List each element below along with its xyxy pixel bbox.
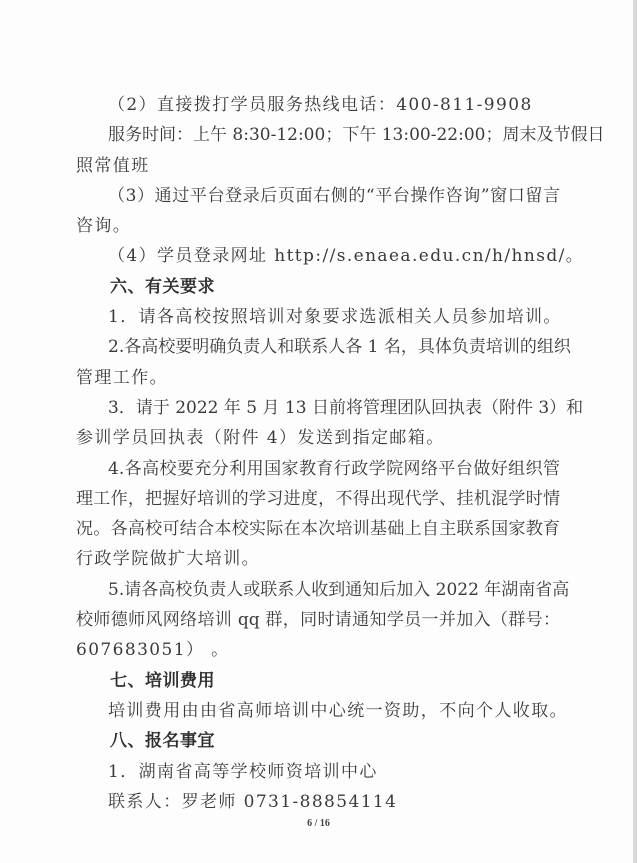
page-number: 6 / 16 (0, 818, 637, 829)
paragraph-line: 5.请各高校负责人或联系人收到通知后加入 2022 年湖南省高 (76, 575, 560, 605)
paragraph-line: 1．湖南省高等学校师资培训中心 (76, 757, 560, 787)
contact-line: 联系人：罗老师 0731-88854114 (76, 787, 560, 817)
section-heading-requirements: 六、有关要求 (76, 272, 560, 302)
paragraph-line: 管理工作。 (76, 363, 560, 393)
paragraph-line: 3．请于 2022 年 5 月 13 日前将管理团队回执表（附件 3）和 (76, 393, 560, 423)
paragraph-line: 参训学员回执表（附件 4）发送到指定邮箱。 (76, 423, 560, 453)
paragraph-line: 况。各高校可结合本校实际在本次培训基础上自主联系国家教育 (76, 514, 560, 544)
paragraph-line: 培训费用由由省高师培训中心统一资助，不向个人收取。 (76, 696, 560, 726)
paragraph-line: 服务时间：上午 8:30-12:00；下午 13:00-22:00；周末及节假日 (76, 120, 560, 150)
paragraph-line: 2.各高校要明确负责人和联系人各 1 名，具体负责培训的组织 (76, 332, 560, 362)
paragraph-line: 照常值班 (76, 151, 560, 181)
paragraph-line: 校师德师风网络培训 qq 群，同时请通知学员一并加入（群号： (76, 605, 560, 635)
paragraph-line: 行政学院做扩大培训。 (76, 544, 560, 574)
section-heading-fees: 七、培训费用 (76, 666, 560, 696)
document-body: （2）直接拨打学员服务热线电话：400-811-9908 服务时间：上午 8:3… (76, 90, 560, 817)
paragraph-line: 咨询。 (76, 211, 560, 241)
paragraph-line: 理工作，把握好培训的学习进度，不得出现代学、挂机混学时情 (76, 484, 560, 514)
paragraph-line: 607683051） 。 (76, 635, 560, 665)
paragraph-line: （2）直接拨打学员服务热线电话：400-811-9908 (76, 90, 560, 120)
paragraph-line: 4.各高校要充分利用国家教育行政学院网络平台做好组织管 (76, 454, 560, 484)
paragraph-line: 1．请各高校按照培训对象要求选派相关人员参加培训。 (76, 302, 560, 332)
section-heading-registration: 八、报名事宜 (76, 726, 560, 756)
page-edge-divider (633, 0, 637, 863)
paragraph-line: （3）通过平台登录后页面右侧的“平台操作咨询”窗口留言 (76, 181, 560, 211)
paragraph-line-url: （4）学员登录网址 http://s.enaea.edu.cn/h/hnsd/。 (76, 241, 560, 271)
